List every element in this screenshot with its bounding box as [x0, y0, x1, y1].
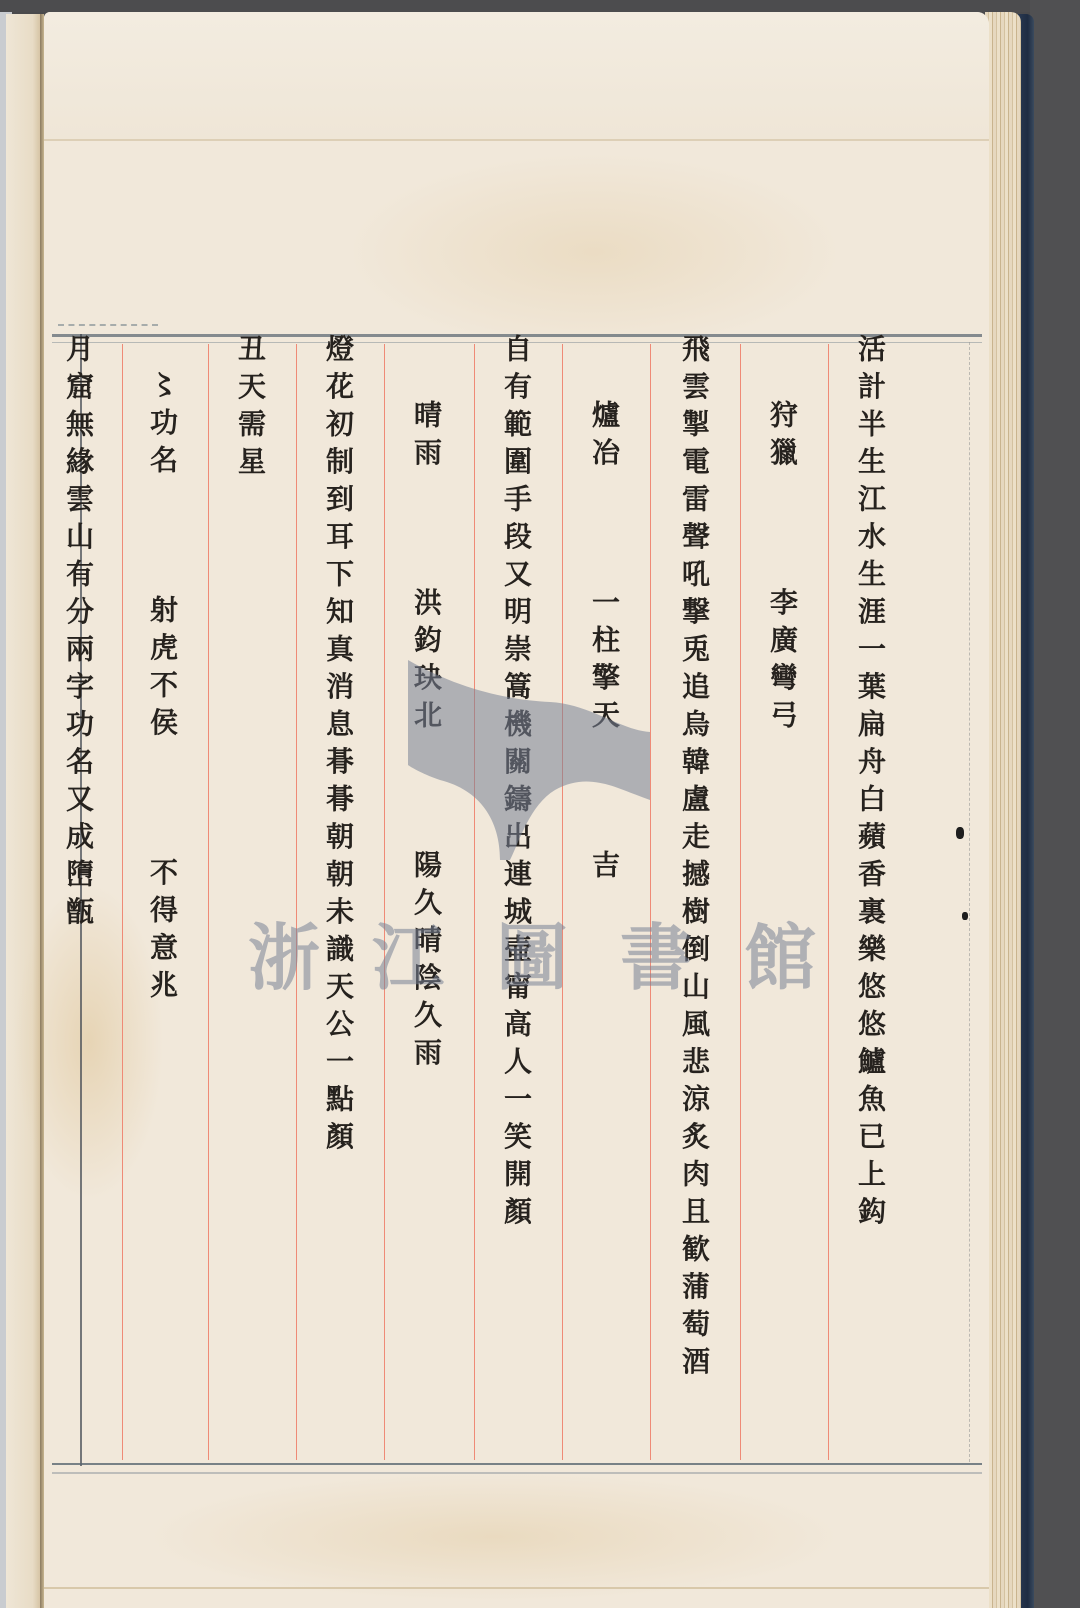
page-top-flap: [44, 12, 989, 140]
scan-background-top: [0, 0, 1080, 12]
frame-bottom-border: [52, 1463, 982, 1465]
ink-spot: [956, 827, 964, 839]
text-column: 活計半生江水生涯一葉扁舟白蘋香裏樂悠悠鱸魚已上鈎: [840, 334, 900, 1234]
ink-spot: [962, 912, 968, 920]
frame-right-border: [969, 342, 971, 1462]
left-page-edge: [6, 14, 44, 1608]
frame-bottom-inner-border: [52, 1472, 982, 1474]
page-fold-line: [44, 139, 989, 141]
scanned-book-spread: 活計半生江水生涯一葉扁舟白蘋香裏樂悠悠鱸魚已上鈎 狩獵 李廣彎弓 飛雲掣電雷聲吼…: [0, 0, 1080, 1608]
paper-stain: [344, 152, 844, 352]
page-stack-edge: [985, 12, 1021, 1608]
text-column: 飛雲掣電雷聲吼撃兎追烏韓盧走撼樹倒山風悲涼炙肉且歓蒲萄酒: [664, 334, 724, 1384]
column-rule: [208, 344, 209, 1460]
page-lower-fold-line: [44, 1587, 989, 1589]
book-gutter: [40, 14, 44, 1608]
frame-top-marks: [58, 324, 158, 334]
scan-background-right: [1030, 0, 1080, 1608]
watermark-text: 浙江圖書館: [248, 900, 868, 1004]
text-column: 狩獵 李廣彎弓: [752, 400, 812, 738]
text-column: 〻功名 射虎不侯 不得意兆: [132, 370, 192, 1008]
text-column: 月窟無緣雲山有分兩字功名又成嶞甑: [48, 334, 108, 934]
text-column: 燈花初制到耳下知真消息朞朞朝朝未識天公一點顏: [308, 334, 368, 1159]
paper-stain: [144, 1472, 844, 1602]
column-rule: [122, 344, 123, 1460]
text-column: 丑天需星: [220, 334, 280, 484]
flag-logo-icon: [400, 640, 650, 860]
